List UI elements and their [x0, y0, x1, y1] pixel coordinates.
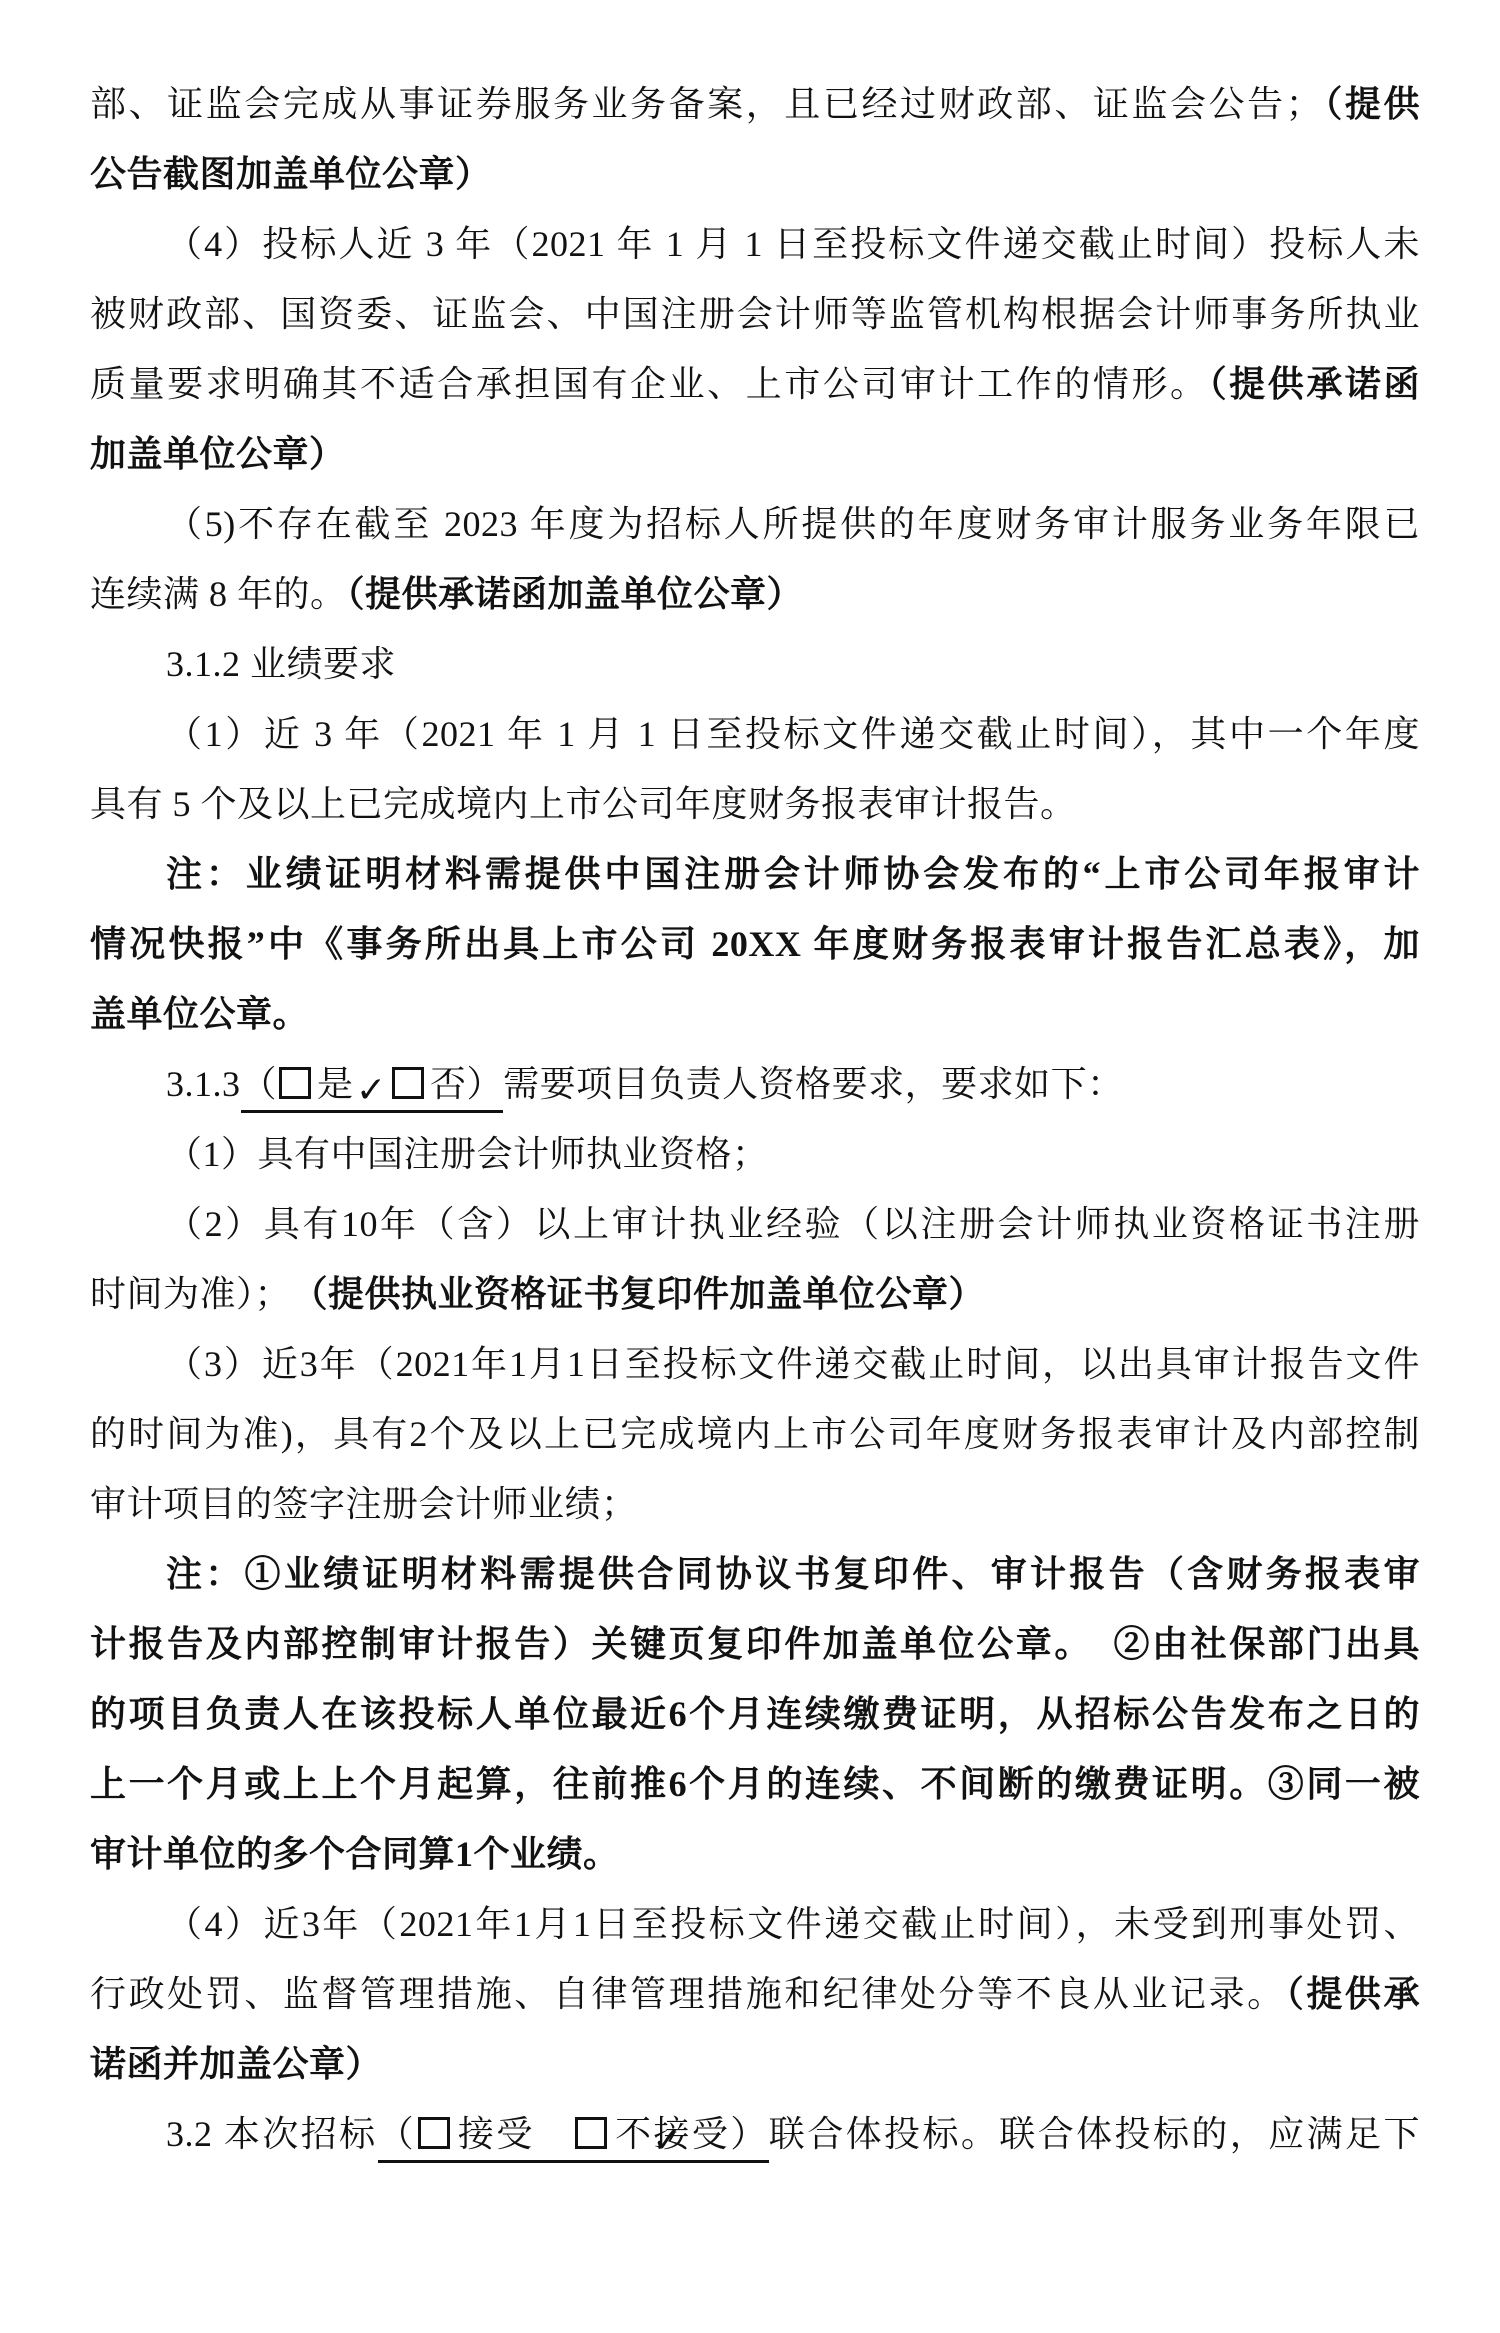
document-line: 注：①业绩证明材料需提供合同协议书复印件、审计报告（含财务报表审	[90, 1539, 1420, 1609]
document-line: （4）投标人近 3 年（2021 年 1 月 1 日至投标文件递交截止时间）投标…	[90, 209, 1420, 279]
text-run: 时间为准）；	[90, 1274, 310, 1314]
text-run: 诺函并加盖公章）	[90, 2044, 382, 2084]
document-line: （2）具有10年（含）以上审计执业经验（以注册会计师执业资格证书注册	[90, 1189, 1420, 1259]
document-line: 计报告及内部控制审计报告）关键页复印件加盖单位公章。 ②由社保部门出具	[90, 1609, 1420, 1679]
document-page: 部、证监会完成从事证券服务业务备案，且已经过财政部、证监会公告；（提供公告截图加…	[0, 0, 1500, 2333]
text-run: 部、证监会完成从事证券服务业务备案，且已经过财政部、证监会公告；	[90, 84, 1322, 124]
text-run	[535, 2114, 573, 2163]
checkbox-unchecked-icon	[416, 2114, 456, 2163]
text-run: 联合体投标。联合体投标的，应满足下	[769, 2114, 1420, 2154]
text-run: （3）近3年（2021年1月1日至投标文件递交截止时间，以出具审计报告文件	[166, 1344, 1420, 1384]
document-line: 质量要求明确其不适合承担国有企业、上市公司审计工作的情形。（提供承诺函	[90, 349, 1420, 419]
document-line: （1）具有中国注册会计师执业资格；	[90, 1119, 1420, 1189]
text-run: （提供承诺函	[1209, 364, 1420, 404]
text-run: 具有 5 个及以上已完成境内上市公司年度财务报表审计报告。	[90, 784, 1077, 824]
text-run: 注：业绩证明材料需提供中国注册会计师协会发布的“上市公司年报审计	[166, 854, 1420, 894]
text-run: 上一个月或上上个月起算，往前推6个月的连续、不间断的缴费证明。③同一被	[90, 1764, 1420, 1804]
document-line: 3.1.2 业绩要求	[90, 629, 1420, 699]
text-run: 盖单位公章。	[90, 994, 309, 1034]
document-line: 审计项目的签字注册会计师业绩；	[90, 1469, 1420, 1539]
text-run: （提供执业资格证书复印件加盖单位公章）	[310, 1274, 986, 1314]
text-run: （提供	[1322, 84, 1420, 124]
text-run: （2）具有10年（含）以上审计执业经验（以注册会计师执业资格证书注册	[166, 1204, 1420, 1244]
text-run: 需要项目负责人资格要求，要求如下：	[503, 1064, 1124, 1104]
checkbox-unchecked-icon	[390, 1064, 430, 1113]
text-run: 连续满 8 年的。	[90, 574, 347, 614]
requirement-choice-line: 3.1.3（是 否）需要项目负责人资格要求，要求如下：	[90, 1049, 1420, 1119]
text-run: 行政处罚、监督管理措施、自律管理措施和纪律处分等不良从业记录。	[90, 1974, 1286, 2014]
document-line: 的时间为准)，具有2个及以上已完成境内上市公司年度财务报表审计及内部控制	[90, 1399, 1420, 1469]
text-run: 质量要求明确其不适合承担国有企业、上市公司审计工作的情形。	[90, 364, 1209, 404]
document-line: 公告截图加盖单位公章）	[90, 139, 1420, 209]
text-run: 公告截图加盖单位公章）	[90, 154, 492, 194]
document-line: 连续满 8 年的。（提供承诺函加盖单位公章）	[90, 559, 1420, 629]
text-run: 3.1.2 业绩要求	[166, 644, 396, 684]
text-run: 被财政部、国资委、证监会、中国注册会计师等监管机构根据会计师事务所执业	[90, 294, 1420, 334]
document-line: （4）近3年（2021年1月1日至投标文件递交截止时间），未受到刑事处罚、	[90, 1889, 1420, 1959]
document-line: 盖单位公章。	[90, 979, 1420, 1049]
text-run: 3.1.3	[166, 1064, 241, 1104]
text-run: （5)不存在截至 2023 年度为招标人所提供的年度财务审计服务业务年限已	[166, 504, 1420, 544]
document-line: 的项目负责人在该投标人单位最近6个月连续缴费证明，从招标公告发布之日的	[90, 1679, 1420, 1749]
document-line: （5)不存在截至 2023 年度为招标人所提供的年度财务审计服务业务年限已	[90, 489, 1420, 559]
text-run: （4）投标人近 3 年（2021 年 1 月 1 日至投标文件递交截止时间）投标…	[166, 224, 1420, 264]
text-run: 的项目负责人在该投标人单位最近6个月连续缴费证明，从招标公告发布之日的	[90, 1694, 1420, 1734]
text-run: （	[378, 2114, 416, 2163]
document-line: 情况快报”中《事务所出具上市公司 20XX 年度财务报表审计报告汇总表》，加	[90, 909, 1420, 979]
document-line: 审计单位的多个合同算1个业绩。	[90, 1819, 1420, 1889]
text-run: （提供承诺函加盖单位公章）	[347, 574, 804, 614]
checked-box-glyph	[279, 1067, 311, 1099]
document-line: 诺函并加盖公章）	[90, 2029, 1420, 2099]
text-run: （1）近 3 年（2021 年 1 月 1 日至投标文件递交截止时间），其中一个…	[166, 714, 1420, 754]
document-line: 时间为准）； （提供执业资格证书复印件加盖单位公章）	[90, 1259, 1420, 1329]
document-line: 上一个月或上上个月起算，往前推6个月的连续、不间断的缴费证明。③同一被	[90, 1749, 1420, 1819]
text-run: 3.2 本次招标	[166, 2114, 378, 2154]
text-run: （1）具有中国注册会计师执业资格；	[166, 1134, 769, 1174]
unchecked-box-glyph	[392, 1067, 424, 1099]
text-run: 计报告及内部控制审计报告）关键页复印件加盖单位公章。 ②由社保部门出具	[90, 1624, 1420, 1664]
checkbox-checked-icon	[277, 1064, 317, 1113]
document-line: 具有 5 个及以上已完成境内上市公司年度财务报表审计报告。	[90, 769, 1420, 839]
text-run: 接受	[456, 2114, 535, 2163]
document-line: 加盖单位公章）	[90, 419, 1420, 489]
text-run: 注：①业绩证明材料需提供合同协议书复印件、审计报告（含财务报表审	[166, 1554, 1420, 1594]
consortium-choice-line: 3.2 本次招标（接受 不接受）联合体投标。联合体投标的，应满足下	[90, 2099, 1420, 2169]
document-line: （3）近3年（2021年1月1日至投标文件递交截止时间，以出具审计报告文件	[90, 1329, 1420, 1399]
document-line: （1）近 3 年（2021 年 1 月 1 日至投标文件递交截止时间），其中一个…	[90, 699, 1420, 769]
text-run: 情况快报”中《事务所出具上市公司 20XX 年度财务报表审计报告汇总表》，加	[90, 924, 1420, 964]
document-line: 行政处罚、监督管理措施、自律管理措施和纪律处分等不良从业记录。（提供承	[90, 1959, 1420, 2029]
text-run: 加盖单位公章）	[90, 434, 346, 474]
unchecked-box-glyph	[418, 2117, 450, 2149]
text-run: （提供承	[1286, 1974, 1420, 2014]
text-run: 审计单位的多个合同算1个业绩。	[90, 1834, 620, 1874]
text-run: 否）	[430, 1064, 503, 1113]
document-line: 注：业绩证明材料需提供中国注册会计师协会发布的“上市公司年报审计	[90, 839, 1420, 909]
document-line: 部、证监会完成从事证券服务业务备案，且已经过财政部、证监会公告；（提供	[90, 69, 1420, 139]
text-run: 的时间为准)，具有2个及以上已完成境内上市公司年度财务报表审计及内部控制	[90, 1414, 1420, 1454]
checked-box-glyph	[575, 2117, 607, 2149]
text-run: 审计项目的签字注册会计师业绩；	[90, 1484, 638, 1524]
document-line: 被财政部、国资委、证监会、中国注册会计师等监管机构根据会计师事务所执业	[90, 279, 1420, 349]
checkbox-checked-icon	[573, 2114, 613, 2163]
text-run: （4）近3年（2021年1月1日至投标文件递交截止时间），未受到刑事处罚、	[166, 1904, 1420, 1944]
text-run: （	[241, 1064, 278, 1113]
